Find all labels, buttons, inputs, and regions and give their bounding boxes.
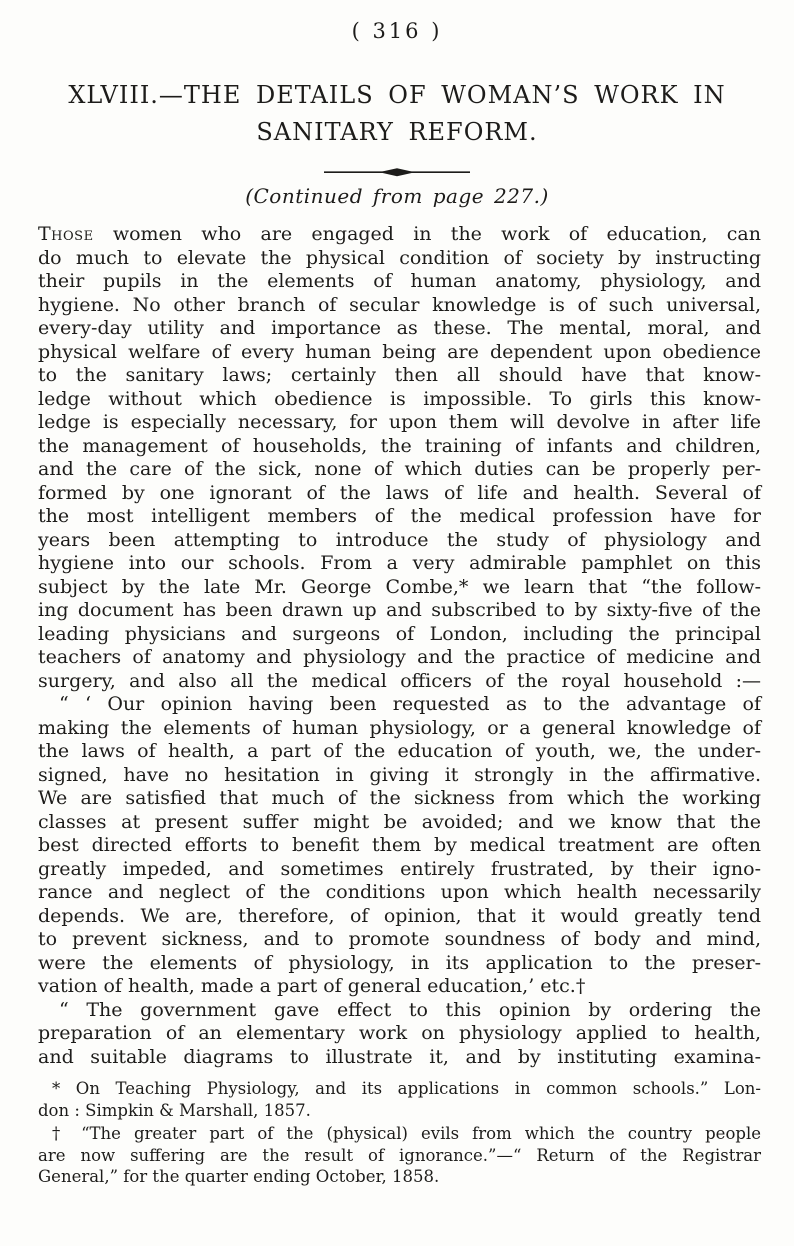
text-line: “ ‘ Our opinion having been requested as… <box>38 693 761 717</box>
text-line: rance and neglect of the conditions upon… <box>38 881 761 905</box>
page-header: ( 316 ) XLVIII.—THE DETAILS OF WOMAN’S W… <box>0 0 794 208</box>
text-line: Those women who are engaged in the work … <box>38 223 761 247</box>
paragraph: Those women who are engaged in the work … <box>38 223 761 693</box>
text-line: “ The government gave effect to this opi… <box>38 999 761 1023</box>
text-line: physical welfare of every human being ar… <box>38 341 761 365</box>
article-title-line1: XLVIII.—THE DETAILS OF WOMAN’S WORK IN <box>30 77 764 114</box>
text-line: We are satisfied that much of the sickne… <box>38 787 761 811</box>
text-line: and suitable diagrams to illustrate it, … <box>38 1046 761 1070</box>
paragraph: “ ‘ Our opinion having been requested as… <box>38 693 761 999</box>
footnote: * On Teaching Physiology, and its applic… <box>38 1078 761 1121</box>
text-line: to prevent sickness, and to promote soun… <box>38 928 761 952</box>
text-line: and the care of the sick, none of which … <box>38 458 761 482</box>
text-line: † “The greater part of the (physical) ev… <box>38 1123 761 1145</box>
text-line: greatly impeded, and sometimes entirely … <box>38 858 761 882</box>
article-title-line2: SANITARY REFORM. <box>30 114 764 151</box>
text-line: ing document has been drawn up and subsc… <box>38 599 761 623</box>
text-line: ledge without which obedience is impossi… <box>38 388 761 412</box>
text-line: the management of households, the traini… <box>38 435 761 459</box>
text-line: leading physicians and surgeons of Londo… <box>38 623 761 647</box>
text-line: vation of health, made a part of general… <box>38 975 761 999</box>
text-line: * On Teaching Physiology, and its applic… <box>38 1078 761 1100</box>
article-title: XLVIII.—THE DETAILS OF WOMAN’S WORK IN S… <box>30 77 764 151</box>
section-divider-ornament-icon <box>322 166 472 178</box>
paragraph: “ The government gave effect to this opi… <box>38 999 761 1070</box>
text-line: their pupils in the elements of human an… <box>38 270 761 294</box>
text-line: don : Simpkin & Marshall, 1857. <box>38 1100 761 1122</box>
text-line: every-day utility and importance as thes… <box>38 317 761 341</box>
text-line: making the elements of human physiology,… <box>38 717 761 741</box>
text-line: signed, have no hesitation in giving it … <box>38 764 761 788</box>
text-line: subject by the late Mr. George Combe,* w… <box>38 576 761 600</box>
book-page: ( 316 ) XLVIII.—THE DETAILS OF WOMAN’S W… <box>0 0 794 1246</box>
text-line: classes at present suffer might be avoid… <box>38 811 761 835</box>
text-line: years been attempting to introduce the s… <box>38 529 761 553</box>
text-line: hygiene into our schools. From a very ad… <box>38 552 761 576</box>
footnote: † “The greater part of the (physical) ev… <box>38 1123 761 1188</box>
text-line: do much to elevate the physical conditio… <box>38 247 761 271</box>
text-line: depends. We are, therefore, of opinion, … <box>38 905 761 929</box>
text-line: hygiene. No other branch of secular know… <box>38 294 761 318</box>
smallcaps-lead-word: Those <box>38 223 94 245</box>
text-line: General,” for the quarter ending October… <box>38 1166 761 1188</box>
body-text: Those women who are engaged in the work … <box>38 223 761 1069</box>
text-line: surgery, and also all the medical office… <box>38 670 761 694</box>
text-line: teachers of anatomy and physiology and t… <box>38 646 761 670</box>
text-line: were the elements of physiology, in its … <box>38 952 761 976</box>
page-number: ( 316 ) <box>0 0 794 43</box>
text-line: formed by one ignorant of the laws of li… <box>38 482 761 506</box>
text-line: ledge is especially necessary, for upon … <box>38 411 761 435</box>
continued-from-note: (Continued from page 227.) <box>0 184 794 208</box>
text-line: best directed efforts to benefit them by… <box>38 834 761 858</box>
text-line: to the sanitary laws; certainly then all… <box>38 364 761 388</box>
footnotes: * On Teaching Physiology, and its applic… <box>38 1078 761 1188</box>
text-line: the most intelligent members of the medi… <box>38 505 761 529</box>
text-line: the laws of health, a part of the educat… <box>38 740 761 764</box>
text-line: are now suffering are the result of igno… <box>38 1145 761 1167</box>
text-line: preparation of an elementary work on phy… <box>38 1022 761 1046</box>
